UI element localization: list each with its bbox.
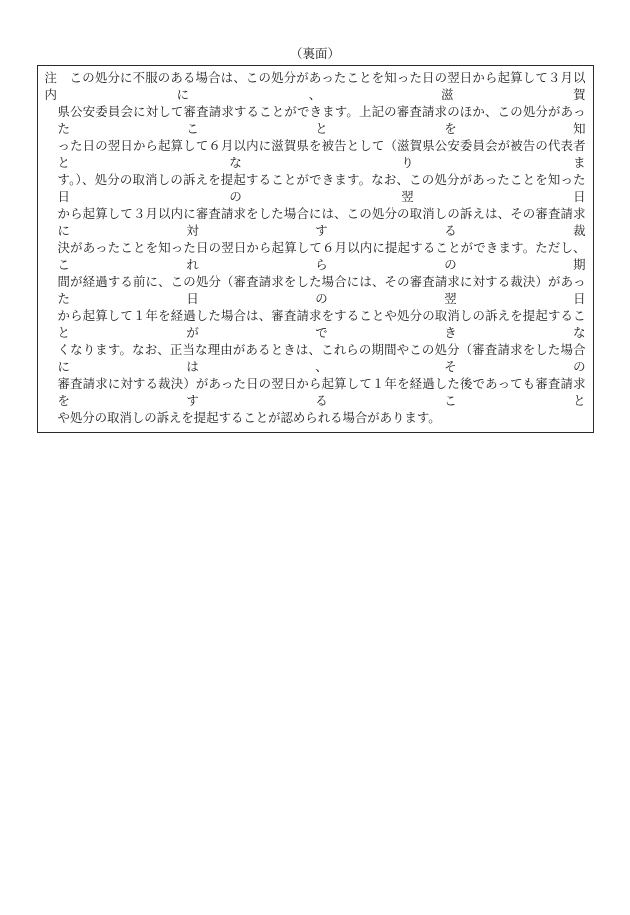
document-page: （裏面） 注 この処分に不服のある場合は、この処分があったことを知った日の翌日か… <box>0 46 630 433</box>
note-line: くなります。なお、正当な理由があるときは、これらの期間やこの処分（審査請求をした… <box>45 341 586 375</box>
note-line: った日の翌日から起算して６月以内に滋賀県を被告として（滋賀県公安委員会が被告の代… <box>45 137 586 171</box>
note-line: から起算して３月以内に審査請求をした場合には、この処分の取消しの訴えは、その審査… <box>45 205 586 239</box>
note-box: 注 この処分に不服のある場合は、この処分があったことを知った日の翌日から起算して… <box>37 65 594 433</box>
note-line: す。）、処分の取消しの訴えを提起することができます。なお、この処分があったことを… <box>45 171 586 205</box>
note-line: 審査請求に対する裁決）があった日の翌日から起算して１年を経過した後であっても審査… <box>45 375 586 409</box>
note-line: 決があったことを知った日の翌日から起算して６月以内に提起することができます。ただ… <box>45 239 586 273</box>
page-side-label: （裏面） <box>0 46 630 62</box>
note-line: 注 この処分に不服のある場合は、この処分があったことを知った日の翌日から起算して… <box>45 69 586 103</box>
note-line: 間が経過する前に、この処分（審査請求をした場合には、その審査請求に対する裁決）が… <box>45 273 586 307</box>
note-line: や処分の取消しの訴えを提起することが認められる場合があります。 <box>45 409 586 426</box>
note-line: から起算して１年を経過した場合は、審査請求をすることや処分の取消しの訴えを提起す… <box>45 307 586 341</box>
note-line: 県公安委員会に対して審査請求することができます。上記の審査請求のほか、この処分が… <box>45 103 586 137</box>
